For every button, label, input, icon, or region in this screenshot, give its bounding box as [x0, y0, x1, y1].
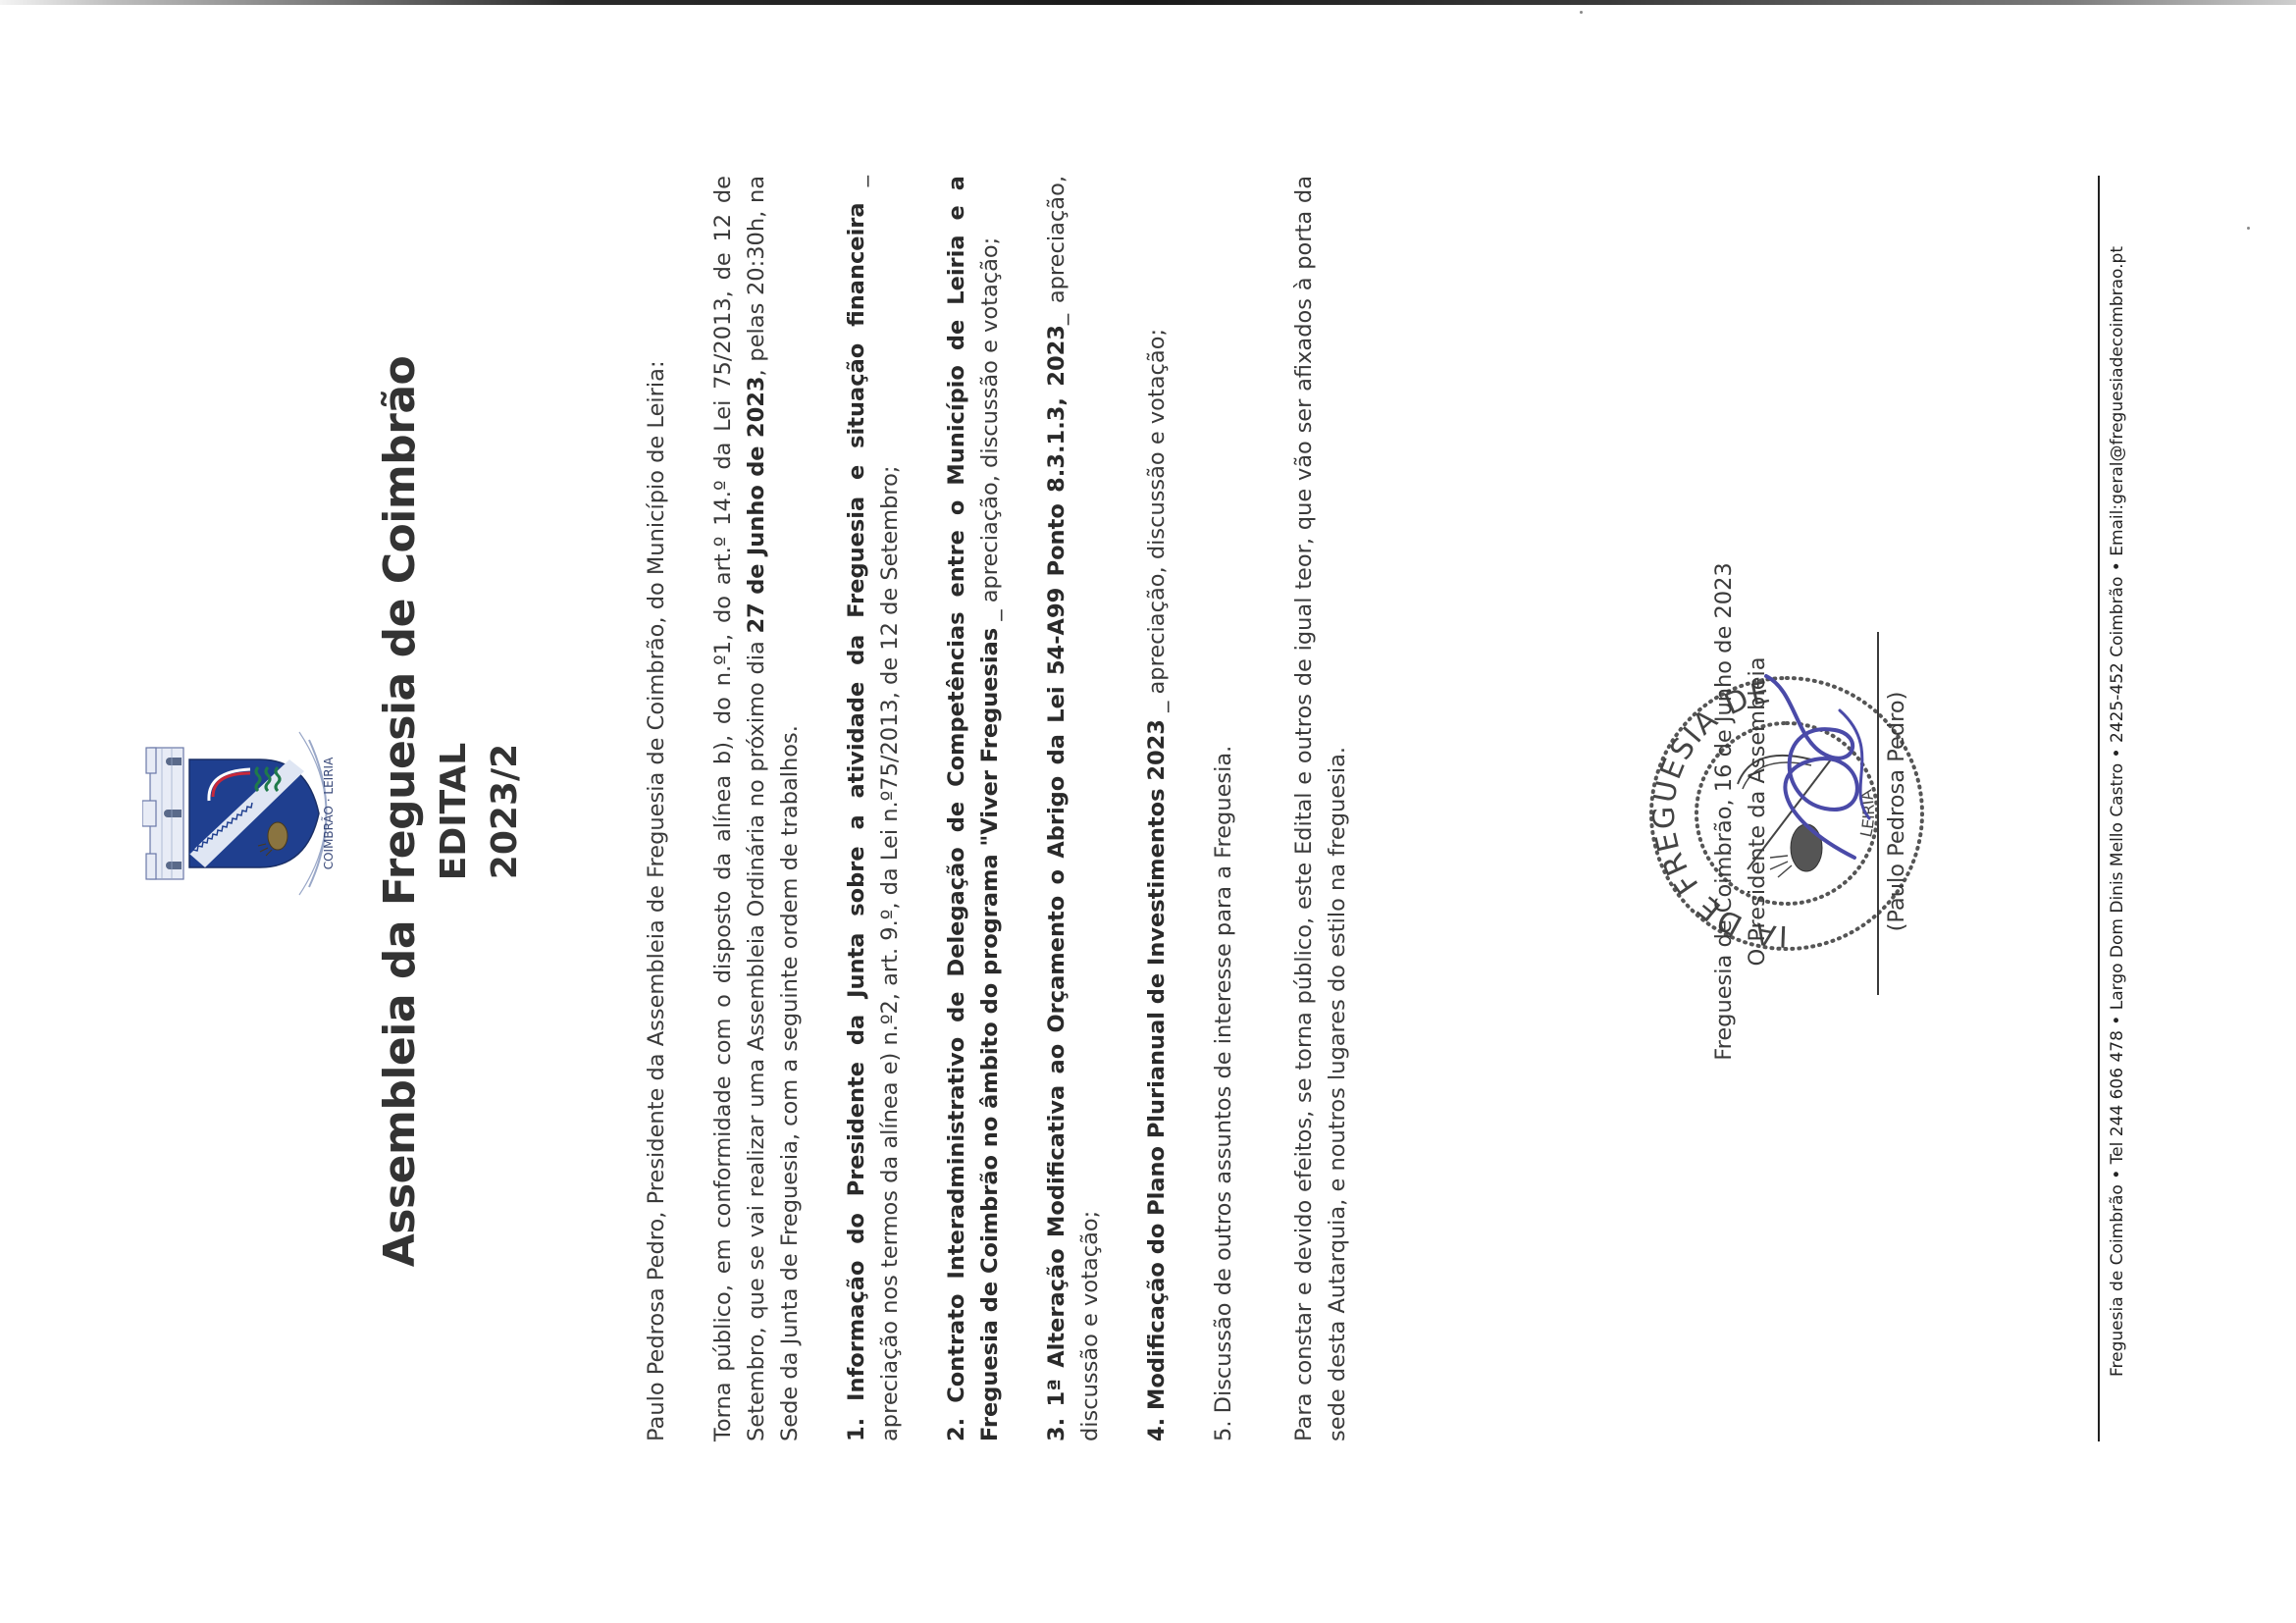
footer-contact: Freguesia de Coimbrão • Tel 244 606 478 … — [2108, 0, 2127, 1623]
agenda-item-5: 5. Discussão de outros assuntos de inter… — [1207, 176, 1240, 1441]
agenda-item-1: 1. Informação do Presidente da Junta sob… — [840, 176, 907, 1441]
meeting-date: 27 de Junho de 2023 — [744, 376, 769, 633]
signature-line — [1877, 632, 1879, 995]
edital-page: COIMBRÃO · LEIRIA Assembleia da Freguesi… — [0, 0, 2296, 1623]
intro-paragraph: Paulo Pedrosa Pedro, Presidente da Assem… — [640, 176, 673, 1441]
coat-of-arms-icon: COIMBRÃO · LEIRIA — [142, 691, 343, 936]
notice-paragraph: Torna público, em conformidade com o dis… — [706, 176, 807, 1441]
agenda-item-2: 2. Contrato Interadministrativo de Deleg… — [940, 176, 1007, 1441]
title-block: Assembleia da Freguesia de Coimbrão EDIT… — [373, 0, 530, 1623]
closing-paragraph: Para constar e devido efeitos, se torna … — [1287, 176, 1354, 1441]
agenda-item-3: 3. 1ª Alteração Modificativa ao Orçament… — [1040, 176, 1107, 1441]
scan-speck — [2247, 227, 2250, 230]
place-and-date: Freguesia de Coimbrão, 16 de Junho de 20… — [1707, 0, 1741, 1623]
svg-text:COIMBRÃO · LEIRIA: COIMBRÃO · LEIRIA — [321, 757, 336, 869]
page-title: Assembleia da Freguesia de Coimbrão — [373, 0, 428, 1623]
handwritten-signature-icon — [1737, 652, 1894, 877]
notice-body: Paulo Pedrosa Pedro, Presidente da Assem… — [640, 176, 1387, 1441]
document-number: 2023/2 — [481, 0, 530, 1623]
signatory-name: (Paulo Pedrosa Pedro) — [1884, 0, 1909, 1623]
footer-divider — [2098, 176, 2100, 1441]
document-type: EDITAL — [430, 0, 479, 1623]
agenda-item-4: 4. Modificação do Plano Plurianual de In… — [1140, 176, 1174, 1441]
scan-speck — [1580, 11, 1583, 14]
